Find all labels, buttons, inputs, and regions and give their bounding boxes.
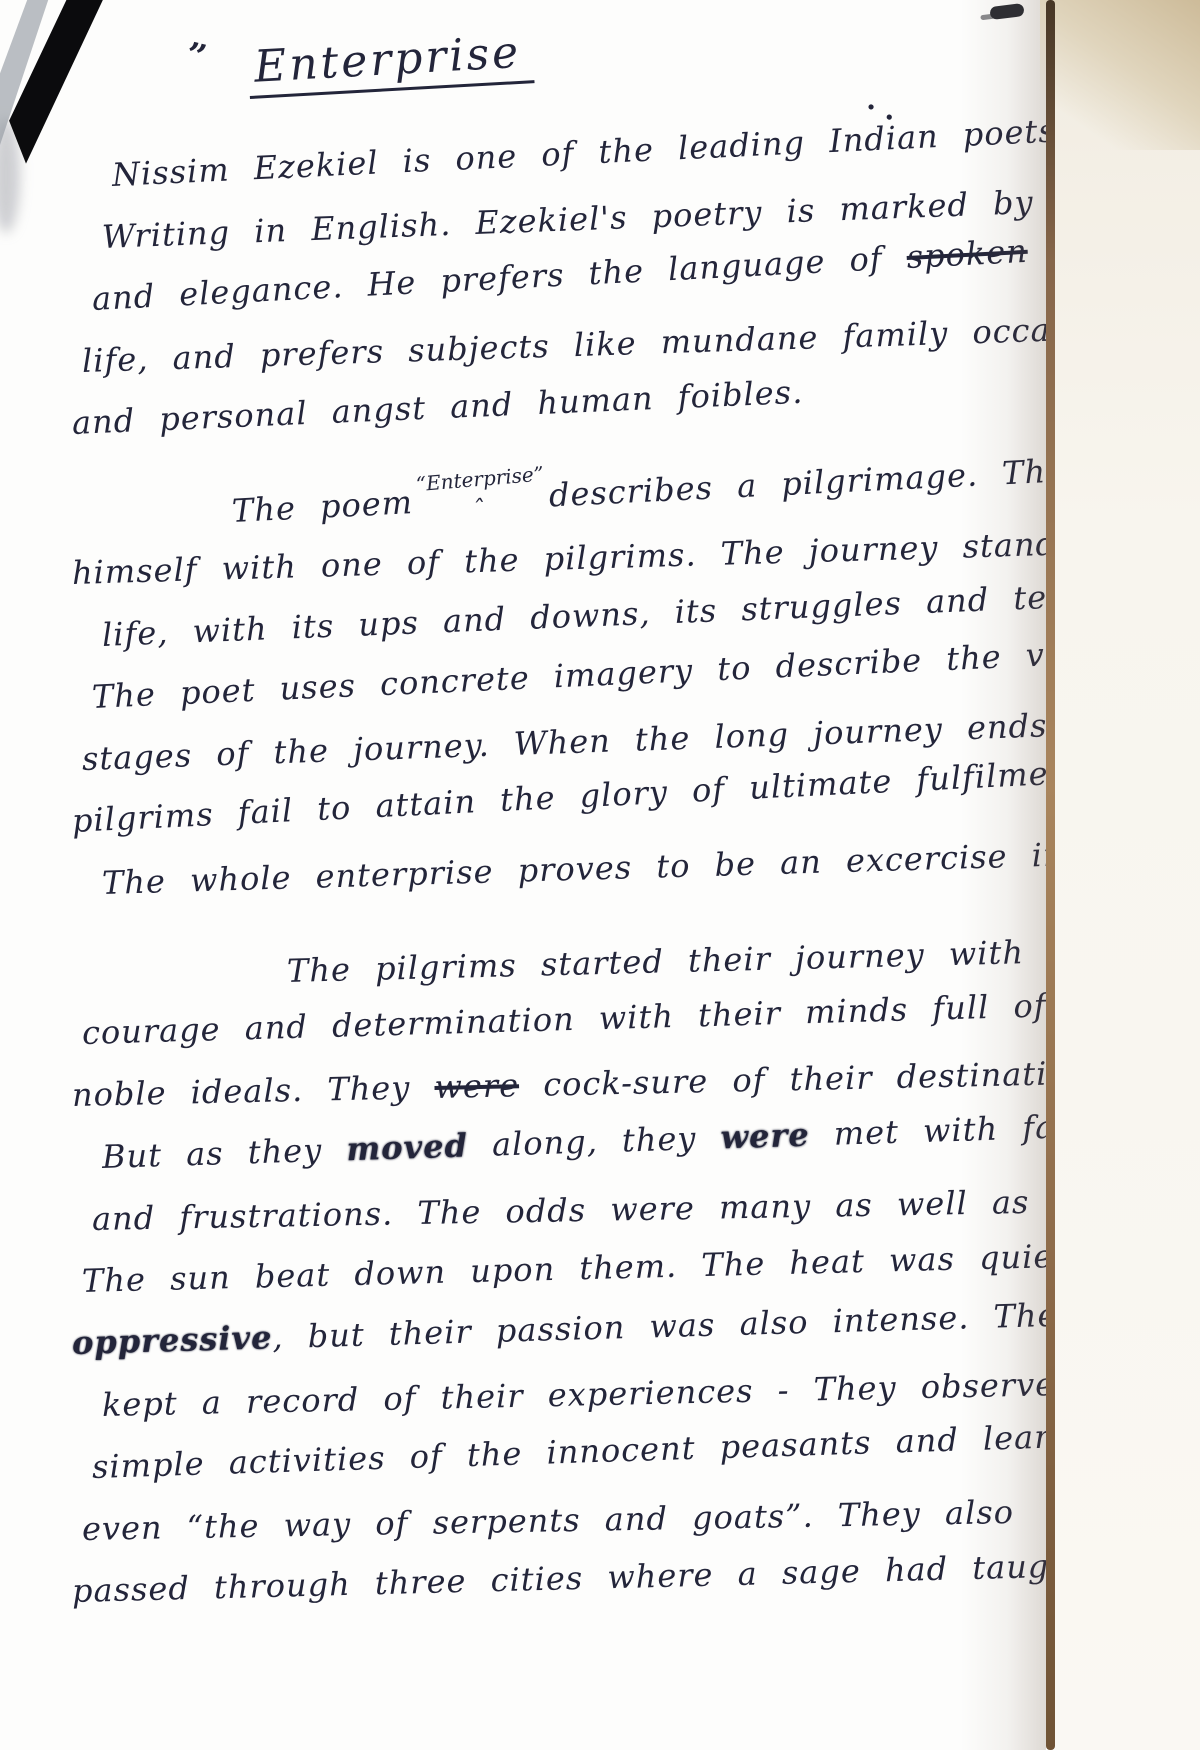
handwriting-segment: courage and determination with their min… [81,986,1047,1052]
page-title: Enterprise [247,26,535,99]
handwriting-insert-segment: “Enterprise” [415,464,544,495]
handwriting-segment: along, they [467,1118,721,1164]
handwriting-segment: noble ideals. They [72,1068,435,1114]
handwriting-segment: The poem [231,483,414,530]
paragraph: The pilgrims started their journey with … [72,940,1037,1622]
stray-dots-mark: · . [864,90,898,127]
book-page-edge [1046,0,1055,1750]
manuscript-body: Nissim Ezekiel is one of the leading Ind… [72,144,1037,1622]
handwriting-blot-segment: were [720,1116,810,1157]
handwriting-segment: , but their passion was also intense. Th… [272,1295,1077,1356]
handwriting-segment: But as they [101,1130,347,1176]
handwriting-strike-segment: were [434,1066,519,1106]
notebook-page: ’’ · . Enterprise Nissim Ezekiel is one … [0,0,1200,1750]
manuscript: Enterprise Nissim Ezekiel is one of the … [72,42,1037,1648]
handwriting-segment: passed through three cities where a sage… [72,1546,1086,1610]
page-curve-shadow [960,0,1046,1750]
handwriting-blot-segment: oppressive [71,1318,272,1362]
handwriting-blot-segment: moved [346,1126,469,1168]
paragraph: Nissim Ezekiel is one of the leading Ind… [72,144,1037,454]
paragraph: The poem“Enterprise”describes a pilgrima… [72,480,1037,914]
book-cover-corner [1040,0,1200,150]
page-edge-background [1054,0,1200,1750]
